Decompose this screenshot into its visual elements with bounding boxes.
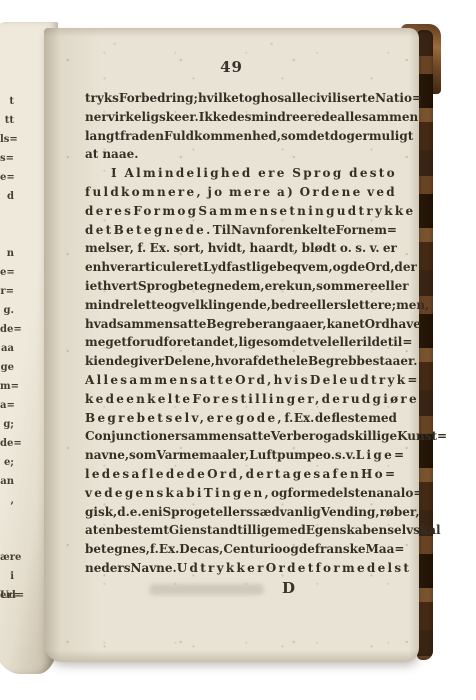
text-line: atenbestemtGienstandtilligemedEgenskaben…	[85, 521, 397, 540]
text-line: gisk,d.e.eniSprogetellerssædvanligVendin…	[85, 503, 397, 522]
left-page-text-fragment: ls=	[0, 130, 14, 149]
left-page-text-fragment: ære	[0, 548, 14, 567]
book-photo: tttls=s=e=dne=r=g.de=aagem=a=g;de=e;an,æ…	[0, 0, 476, 700]
left-page-text-fragment: an	[0, 472, 14, 491]
leather-binding-edge	[417, 30, 433, 660]
text-line: atnaae.	[85, 145, 397, 164]
left-page-text-fragment	[0, 510, 14, 529]
text-line: langtfradenFuldkommenhed,somdetdogermuli…	[85, 127, 397, 146]
left-page-text-fragment: de=	[0, 320, 14, 339]
left-page-text-fragment: Ud=	[0, 586, 14, 605]
text-line: melser,f.Ex.sort,hvidt,haardt,blødto.s.v…	[85, 239, 397, 258]
text-line: navne,somVarmemaaler,Luftpumpeo.s.v.Lige…	[85, 446, 397, 465]
left-page-text-fragment: g;	[0, 415, 14, 434]
left-page-text-fragment: i er=	[0, 567, 14, 586]
left-page-text-fragment: tt	[0, 111, 14, 130]
book-page: 49 tryksForbedring;hvilketoghosallecivil…	[44, 28, 419, 662]
left-page-text-fragment: d	[0, 187, 14, 206]
ink-show-through-smudge	[149, 584, 264, 595]
text-line: deresFormogSammensetningudtrykke	[85, 202, 397, 221]
left-page-text-fragment: e=	[0, 168, 14, 187]
left-page-text-fragment: r=	[0, 282, 14, 301]
text-line: tryksForbedring;hvilketoghosallecivilise…	[85, 89, 397, 108]
text-line: betegnes,f.Ex.Decas,CenturioogdefranskeM…	[85, 540, 397, 559]
left-page-text-edge: tttls=s=e=dne=r=g.de=aagem=a=g;de=e;an,æ…	[0, 92, 14, 605]
text-line: megetforudforetandet,ligesomdetvelelleri…	[85, 333, 397, 352]
left-page-text-fragment: ge	[0, 358, 14, 377]
text-line: fuldkomnere,jomerea)Ordeneved	[85, 183, 397, 202]
text-line: IAlmindelighedereSprogdesto	[85, 164, 397, 183]
page-number: 49	[44, 58, 419, 76]
left-page-text-fragment: n	[0, 244, 14, 263]
signature-mark: D	[282, 579, 295, 597]
text-line: nervirkeligskeer.Ikkedesmindreeredealles…	[85, 108, 397, 127]
text-line: mindreletteogvelklingende,bedreellerslet…	[85, 296, 397, 315]
left-page-text-fragment: s=	[0, 149, 14, 168]
text-line: kiendegiverDelene,hvorafdetheleBegrebbes…	[85, 352, 397, 371]
text-line: hvadsammensatteBegreberangaaer,kanetOrdh…	[85, 315, 397, 334]
text-block: tryksForbedring;hvilketoghosallecivilise…	[85, 89, 397, 578]
text-line: enhverarticuleretLydfastligebeqvem,ogdeO…	[85, 258, 397, 277]
text-line: vedegenskabiTingen,ogformedelstenanalo=	[85, 484, 397, 503]
left-page-text-fragment: m=	[0, 377, 14, 396]
left-page-text-fragment: ,	[0, 491, 14, 510]
text-line: ledesaflededeOrd,dertagesafenHo=	[85, 465, 397, 484]
left-page-text-fragment: de=	[0, 434, 14, 453]
left-page-text-fragment	[0, 529, 14, 548]
left-page-text-fragment: e;	[0, 453, 14, 472]
text-line: iethvertSprogbetegnedem,erekun,sommereel…	[85, 277, 397, 296]
left-page-text-fragment	[0, 206, 14, 225]
text-line: kedeenkelteForestillinger,derudgiøre	[85, 390, 397, 409]
left-page-text-fragment: t	[0, 92, 14, 111]
left-page-text-fragment: aa	[0, 339, 14, 358]
text-line: AllesammensatteOrd,hvisDeleudtryk=	[85, 371, 397, 390]
left-page-text-fragment: e=	[0, 263, 14, 282]
text-line: detBetegnede.TilNavnforenkelteFornem=	[85, 221, 397, 240]
text-line: ConjunctionersammensatteVerberogadskilli…	[85, 427, 397, 446]
left-page-text-fragment: a=	[0, 396, 14, 415]
text-line: nedersNavne.UdtrykkerOrdetformedelst	[85, 559, 397, 578]
text-line: Begrebetselv,eregode,f.Ex.deflestemed	[85, 409, 397, 428]
left-page-text-fragment: g.	[0, 301, 14, 320]
left-page-text-fragment	[0, 225, 14, 244]
